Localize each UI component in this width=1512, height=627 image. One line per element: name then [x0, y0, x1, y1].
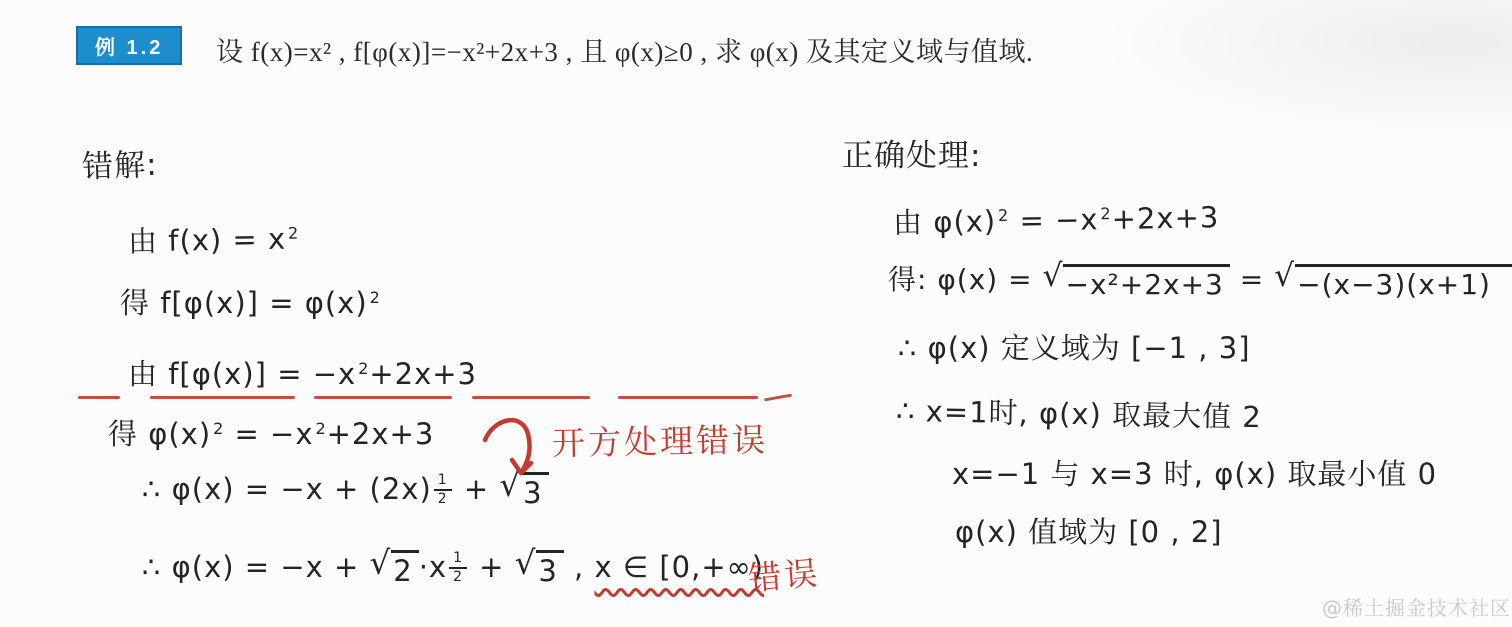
correct-line-5: x=−1 与 x=3 时, φ(x) 取最小值 0 — [952, 452, 1437, 493]
correct-line-6: φ(x) 值域为 [0 , 2] — [955, 510, 1223, 551]
error-arrow-icon — [482, 410, 546, 490]
red-underline-segment — [150, 396, 295, 399]
wrong-line-1: 由 f(x) = x2 — [128, 217, 300, 261]
wrong-line-2: 得 f[φ(x)] = φ(x)2 — [120, 281, 381, 322]
red-underline-segment — [314, 396, 452, 399]
red-underline-segment — [472, 396, 590, 399]
correct-line-4: ∴ x=1时, φ(x) 取最大值 2 — [896, 389, 1262, 436]
correct-solution-title: 正确处理: — [842, 130, 981, 175]
wrong-line-6: ∴ φ(x) = −x + √2·x12 + √3 , x ∈ [0,+∞) — [142, 550, 764, 588]
red-underline-segment — [618, 396, 758, 399]
correct-line-1: 由 φ(x)2 = −x2+2x+3 — [893, 195, 1220, 242]
wrong-line-3: 由 f[φ(x)] = −x2+2x+3 — [128, 352, 477, 393]
problem-statement: 设 f(x)=x² , f[φ(x)]=−x²+2x+3 , 且 φ(x)≥0 … — [216, 30, 1033, 69]
correct-line-3: ∴ φ(x) 定义域为 [−1 , 3] — [898, 326, 1251, 367]
sqrt-error-annotation: 开方处理错误 — [552, 414, 769, 465]
correct-line-2: 得: φ(x) = √−x²+2x+3 = √−(x−3)(x+1) — [888, 258, 1512, 301]
wrong-line-4: 得 φ(x)2 = −x2+2x+3 — [108, 412, 434, 453]
scan-shading — [1092, 0, 1512, 140]
error-annotation: 错误 — [746, 547, 822, 600]
wrong-solution-title: 错解: — [81, 139, 158, 187]
red-underline-segment — [764, 394, 792, 402]
watermark: @稀土掘金技术社区 — [1322, 592, 1511, 621]
example-badge: 例 1.2 — [76, 26, 182, 65]
textbook-scan-page: 例 1.2 设 f(x)=x² , f[φ(x)]=−x²+2x+3 , 且 φ… — [0, 0, 1512, 627]
red-underline-segment — [78, 396, 120, 399]
